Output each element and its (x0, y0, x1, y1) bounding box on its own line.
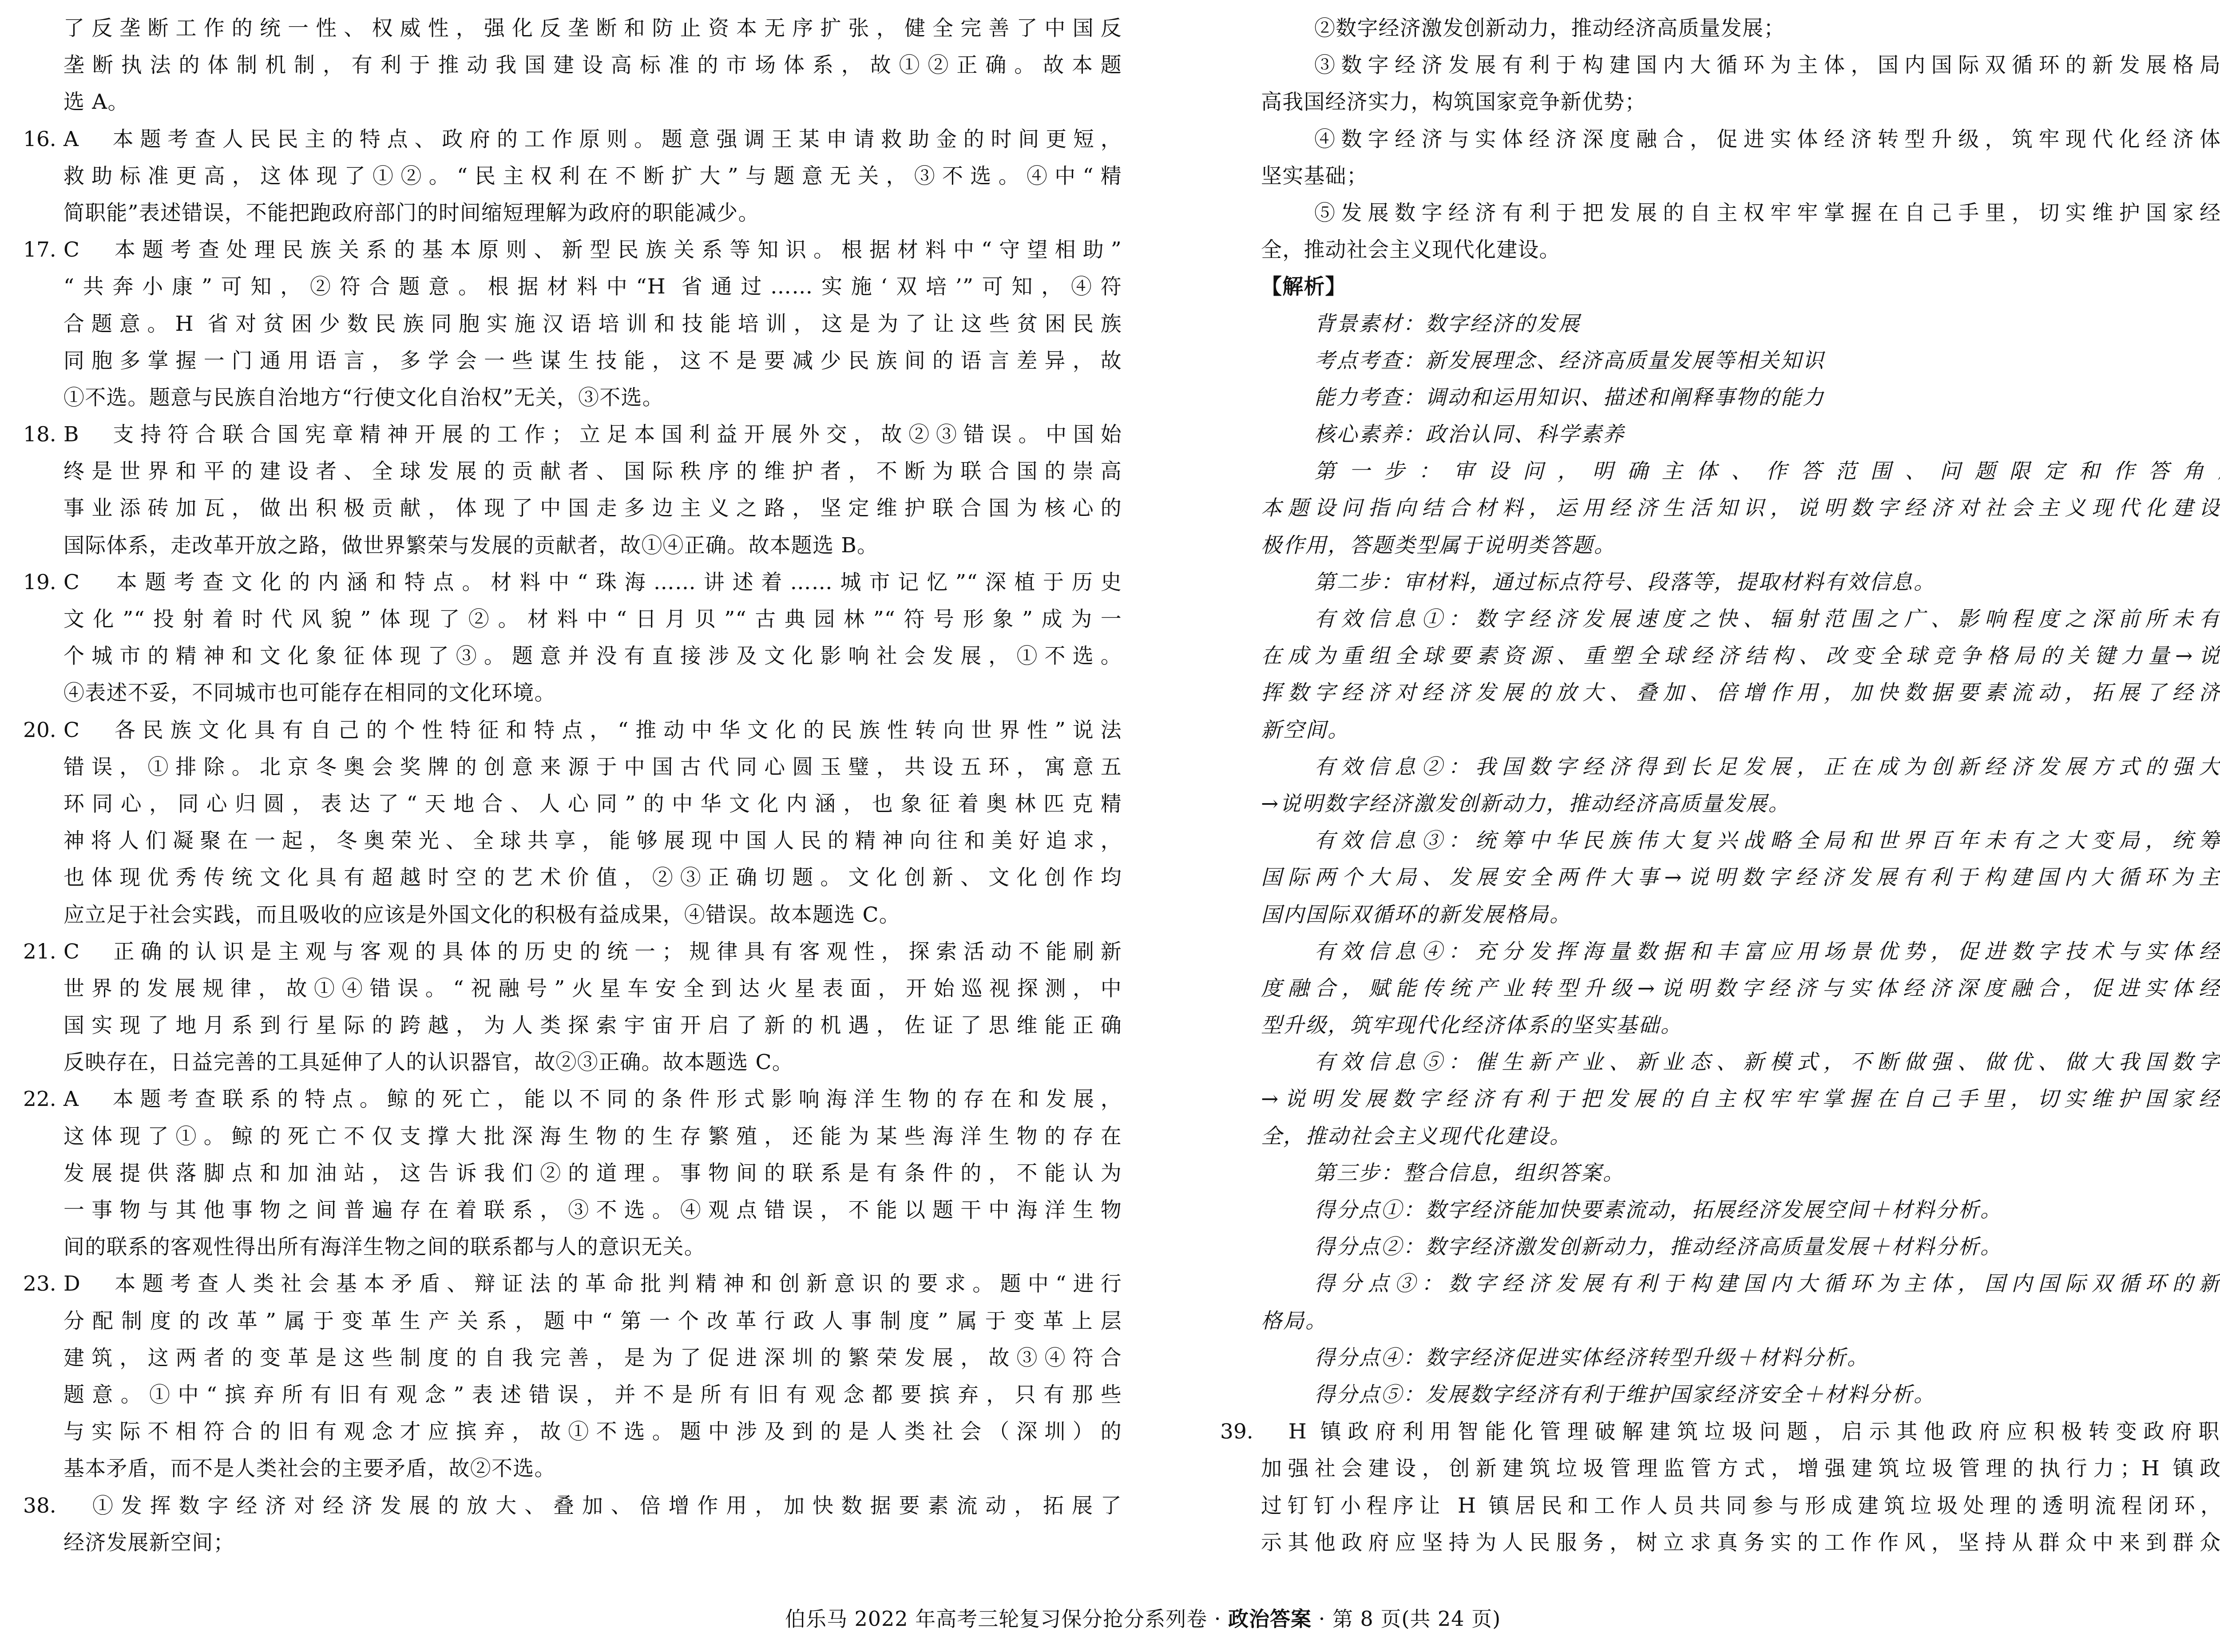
text-line: 国际两个大局、发展安全两件大事→说明数字经济发展有利于构建国内大循环为主体， (1261, 859, 2220, 896)
footer-separator: · (1319, 1607, 1326, 1631)
text-line: 国内国际双循环的新发展格局。 (1261, 896, 2220, 933)
text-line: 过钉钉小程序让 H 镇居民和工作人员共同参与形成建筑垃圾处理的透明流程闭环，这启 (1261, 1487, 2220, 1524)
page-footer: 伯乐马 2022 年高考三轮复习保分抢分系列卷 · 政治答案 · 第 8 页(共… (0, 1603, 2220, 1632)
text-line: →说明数字经济激发创新动力，推动经济高质量发展。 (1261, 785, 2220, 822)
text-line: 与实际不相符合的旧有观念才应摈弃，故①不选。题中涉及到的是人类社会（深圳）的 (63, 1413, 1122, 1450)
text-line: 反映存在，日益完善的工具延伸了人的认识器官，故②③正确。故本题选 C。 (63, 1044, 1122, 1081)
analysis-section: 背景素材：数字经济的发展考点考查：新发展理念、经济高质量发展等相关知识能力考查：… (1261, 305, 2220, 1414)
text-line: ④表述不妥，不同城市也可能存在相同的文化环境。 (63, 674, 1122, 711)
text-line: 错误，①排除。北京冬奥会奖牌的创意来源于中国古代同心圆玉璧，共设五环，寓意五 (63, 749, 1122, 785)
item-number: 39. (1220, 1413, 1253, 1450)
answer-item: 19.C 本题考查文化的内涵和特点。材料中“珠海……讲述着……城市记忆”“深植于… (23, 564, 1122, 712)
text-line: ②数字经济激发创新动力，推动经济高质量发展； (1261, 10, 2220, 47)
text-line: 垄断执法的体制机制，有利于推动我国建设高标准的市场体系，故①②正确。故本题 (63, 47, 1122, 83)
footer-page-number: 第 8 页(共 24 页) (1332, 1607, 1501, 1631)
answer-item: 16.A 本题考查人民民主的特点、政府的工作原则。题意强调王某申请救助金的时间更… (23, 121, 1122, 232)
continuation-paragraph: 了反垄断工作的统一性、权威性，强化反垄断和防止资本无序扩张，健全完善了中国反 垄… (63, 10, 1122, 121)
text-line: 示其他政府应坚持为人民服务，树立求真务实的工作作风，坚持从群众中来到群众中去 (1261, 1524, 2220, 1561)
text-line: 核心素养：政治认同、科学素养 (1261, 416, 2220, 453)
text-line: ③数字经济发展有利于构建国内大循环为主体，国内国际双循环的新发展格局，提 (1261, 47, 2220, 83)
text-line: 一事物与其他事物之间普遍存在着联系，③不选。④观点错误，不能以题干中海洋生物 (63, 1192, 1122, 1228)
text-line: 有效信息⑤：催生新产业、新业态、新模式，不断做强、做优、做大我国数字经济 (1261, 1044, 2220, 1081)
item-number: 38. (23, 1487, 56, 1524)
text-line: 有效信息④：充分发挥海量数据和丰富应用场景优势，促进数字技术与实体经济深 (1261, 933, 2220, 970)
text-line: 救助标准更高，这体现了①②。“民主权利在不断扩大”与题意无关，③不选。④中“精 (63, 158, 1122, 194)
text-line: 型升级，筑牢现代化经济体系的坚实基础。 (1261, 1007, 2220, 1044)
text-line: 高我国经济实力，构筑国家竞争新优势； (1261, 83, 2220, 120)
text-line: 得分点③：数字经济发展有利于构建国内大循环为主体，国内国际双循环的新发展 (1261, 1265, 2220, 1302)
item-number: 16. (23, 121, 56, 158)
text-line: 个城市的精神和文化象征体现了③。题意并没有直接涉及文化影响社会发展，①不选。 (63, 638, 1122, 674)
text-line: 发展提供落脚点和加油站，这告诉我们②的道理。事物间的联系是有条件的，不能认为 (63, 1155, 1122, 1192)
answer-item: 23.D 本题考查人类社会基本矛盾、辩证法的革命批判精神和创新意识的要求。题中“… (23, 1265, 1122, 1487)
text-line: D 本题考查人类社会基本矛盾、辩证法的革命批判精神和创新意识的要求。题中“进行 (63, 1265, 1122, 1302)
text-line: 新空间。 (1261, 712, 2220, 749)
text-line: 第三步：整合信息，组织答案。 (1261, 1155, 2220, 1192)
answer-item: 21.C 正确的认识是主观与客观的具体的历史的统一；规律具有客观性，探索活动不能… (23, 933, 1122, 1081)
text-line: 挥数字经济对经济发展的放大、叠加、倍增作用，加快数据要素流动，拓展了经济发展 (1261, 674, 2220, 711)
text-line: 同胞多掌握一门通用语言，多学会一些谋生技能，这不是要减少民族间的语言差异，故 (63, 342, 1122, 379)
footer-series: 伯乐马 2022 年高考三轮复习保分抢分系列卷 (785, 1607, 1207, 1631)
text-line: C 本题考查文化的内涵和特点。材料中“珠海……讲述着……城市记忆”“深植于历史 (63, 564, 1122, 601)
text-line: 极作用，答题类型属于说明类答题。 (1261, 527, 2220, 564)
text-line: 简职能”表述错误，不能把跑政府部门的时间缩短理解为政府的职能减少。 (63, 194, 1122, 231)
answer-item: 18.B 支持符合联合国宪章精神开展的工作；立足本国利益开展外交，故②③错误。中… (23, 416, 1122, 564)
text-line: 也体现优秀传统文化具有超越时空的艺术价值，②③正确切题。文化创新、文化创作均 (63, 859, 1122, 896)
answer-item-39: 39. H 镇政府利用智能化管理破解建筑垃圾问题，启示其他政府应积极转变政府职能… (1220, 1413, 2220, 1561)
text-line: 应立足于社会实践，而且吸收的应该是外国文化的积极有益成果，④错误。故本题选 C。 (63, 896, 1122, 933)
text-line: 得分点②：数字经济激发创新动力，推动经济高质量发展＋材料分析。 (1261, 1228, 2220, 1265)
text-line: B 支持符合联合国宪章精神开展的工作；立足本国利益开展外交，故②③错误。中国始 (63, 416, 1122, 453)
text-line: 有效信息①：数字经济发展速度之快、辐射范围之广、影响程度之深前所未有，正 (1261, 601, 2220, 638)
text-line: →说明发展数字经济有利于把发展的自主权牢牢掌握在自己手里，切实维护国家经济安 (1261, 1081, 2220, 1117)
text-line: H 镇政府利用智能化管理破解建筑垃圾问题，启示其他政府应积极转变政府职能， (1261, 1413, 2220, 1450)
text-line: C 各民族文化具有自己的个性特征和特点，“推动中华文化的民族性转向世界性”说法 (63, 712, 1122, 749)
item-number: 22. (23, 1081, 56, 1117)
text-line: 建筑，这两者的变革是这些制度的自我完善，是为了促进深圳的繁荣发展，故③④符合 (63, 1339, 1122, 1376)
text-line: 能力考查：调动和运用知识、描述和阐释事物的能力 (1261, 379, 2220, 416)
item-number: 17. (23, 231, 56, 268)
text-line: A 本题考查联系的特点。鲸的死亡，能以不同的条件形式影响海洋生物的存在和发展， (63, 1081, 1122, 1117)
text-line: 得分点④：数字经济促进实体经济转型升级＋材料分析。 (1261, 1339, 2220, 1376)
text-line: ⑤发展数字经济有利于把发展的自主权牢牢掌握在自己手里，切实维护国家经济安 (1261, 194, 2220, 231)
text-line: 环同心，同心归圆，表达了“天地合、人心同”的中华文化内涵，也象征着奥林匹克精 (63, 785, 1122, 822)
answer-38-points: ②数字经济激发创新动力，推动经济高质量发展；③数字经济发展有利于构建国内大循环为… (1261, 10, 2220, 268)
answer-item: 20.C 各民族文化具有自己的个性特征和特点，“推动中华文化的民族性转向世界性”… (23, 712, 1122, 933)
text-line: 考点考查：新发展理念、经济高质量发展等相关知识 (1261, 342, 2220, 379)
text-line: 文化”“投射着时代风貌”体现了②。材料中“日月贝”“古典园林”“符号形象”成为一 (63, 601, 1122, 638)
text-line: 经济发展新空间； (63, 1524, 1122, 1561)
item-number: 21. (23, 933, 56, 970)
answer-item: 22.A 本题考查联系的特点。鲸的死亡，能以不同的条件形式影响海洋生物的存在和发… (23, 1081, 1122, 1265)
text-line: 第一步：审设问，明确主体、作答范围、问题限定和作答角度。 (1261, 453, 2220, 490)
text-line: 在成为重组全球要素资源、重塑全球经济结构、改变全球竞争格局的关键力量→说明发 (1261, 638, 2220, 674)
answer-items: 16.A 本题考查人民民主的特点、政府的工作原则。题意强调王某申请救助金的时间更… (23, 121, 1122, 1561)
text-line: 全，推动社会主义现代化建设。 (1261, 1118, 2220, 1155)
text-line: 有效信息②：我国数字经济得到长足发展，正在成为创新经济发展方式的强大动能 (1261, 749, 2220, 785)
text-line: C 本题考查处理民族关系的基本原则、新型民族关系等知识。根据材料中“守望相助” (63, 231, 1122, 268)
text-line: 间的联系的客观性得出所有海洋生物之间的联系都与人的意识无关。 (63, 1228, 1122, 1265)
text-line: “共奔小康”可知，②符合题意。根据材料中“H 省通过……实施‘双培’”可知，④符 (63, 268, 1122, 305)
text-line: 这体现了①。鲸的死亡不仅支撑大批深海生物的生存繁殖，还能为某些海洋生物的存在 (63, 1118, 1122, 1155)
text-line: ④数字经济与实体经济深度融合，促进实体经济转型升级，筑牢现代化经济体系的 (1261, 121, 2220, 158)
text-line: 了反垄断工作的统一性、权威性，强化反垄断和防止资本无序扩张，健全完善了中国反 (63, 10, 1122, 47)
text-line: 终是世界和平的建设者、全球发展的贡献者、国际秩序的维护者，不断为联合国的崇高 (63, 453, 1122, 490)
text-line: C 正确的认识是主观与客观的具体的历史的统一；规律具有客观性，探索活动不能刷新 (63, 933, 1122, 970)
text-line: 基本矛盾，而不是人类社会的主要矛盾，故②不选。 (63, 1450, 1122, 1487)
item-number: 23. (23, 1265, 56, 1302)
text-line: 得分点⑤：发展数字经济有利于维护国家经济安全＋材料分析。 (1261, 1376, 2220, 1413)
text-line: 格局。 (1261, 1303, 2220, 1339)
answer-item: 38. ①发挥数字经济对经济发展的放大、叠加、倍增作用，加快数据要素流动，拓展了… (23, 1487, 1122, 1561)
text-line: 加强社会建设，创新建筑垃圾管理监管方式，增强建筑垃圾管理的执行力；H 镇政府通 (1261, 1450, 2220, 1487)
right-column: ②数字经济激发创新动力，推动经济高质量发展；③数字经济发展有利于构建国内大循环为… (1220, 10, 2220, 1561)
item-number: 19. (23, 564, 56, 601)
text-line: 第二步：审材料，通过标点符号、段落等，提取材料有效信息。 (1261, 564, 2220, 601)
text-line: 国际体系，走改革开放之路，做世界繁荣与发展的贡献者，故①④正确。故本题选 B。 (63, 527, 1122, 564)
answer-item: 17.C 本题考查处理民族关系的基本原则、新型民族关系等知识。根据材料中“守望相… (23, 231, 1122, 416)
text-line: 全，推动社会主义现代化建设。 (1261, 231, 2220, 268)
analysis-header: 【解析】 (1261, 268, 2220, 305)
text-line: 坚实基础； (1261, 158, 2220, 194)
text-line: 得分点①：数字经济能加快要素流动，拓展经济发展空间＋材料分析。 (1261, 1192, 2220, 1228)
text-line: 世界的发展规律，故①④错误。“祝融号”火星车安全到达火星表面，开始巡视探测，中 (63, 970, 1122, 1007)
text-line: 选 A。 (63, 83, 1122, 120)
text-line: 事业添砖加瓦，做出积极贡献，体现了中国走多边主义之路，坚定维护联合国为核心的 (63, 490, 1122, 527)
text-line: 分配制度的改革”属于变革生产关系，题中“第一个改革行政人事制度”属于变革上层 (63, 1303, 1122, 1339)
text-line: 题意。①中“摈弃所有旧有观念”表述错误，并不是所有旧有观念都要摈弃，只有那些 (63, 1376, 1122, 1413)
text-line: A 本题考查人民民主的特点、政府的工作原则。题意强调王某申请救助金的时间更短， (63, 121, 1122, 158)
text-line: 背景素材：数字经济的发展 (1261, 305, 2220, 342)
text-line: ①发挥数字经济对经济发展的放大、叠加、倍增作用，加快数据要素流动，拓展了 (63, 1487, 1122, 1524)
text-line: 国实现了地月系到行星际的跨越，为人类探索宇宙开启了新的机遇，佐证了思维能正确 (63, 1007, 1122, 1044)
footer-subject: 政治答案 (1228, 1607, 1312, 1631)
item-number: 20. (23, 712, 56, 749)
text-line: 度融合，赋能传统产业转型升级→说明数字经济与实体经济深度融合，促进实体经济转 (1261, 970, 2220, 1007)
text-line: 本题设问指向结合材料，运用经济生活知识，说明数字经济对社会主义现代化建设的积 (1261, 490, 2220, 527)
footer-separator: · (1214, 1607, 1221, 1631)
text-line: 合题意。H 省对贫困少数民族同胞实施汉语培训和技能培训，这是为了让这些贫困民族 (63, 305, 1122, 342)
item-number: 18. (23, 416, 56, 453)
text-line: 神将人们凝聚在一起，冬奥荣光、全球共享，能够展现中国人民的精神向往和美好追求， (63, 822, 1122, 859)
text-line: ①不选。题意与民族自治地方“行使文化自治权”无关，③不选。 (63, 379, 1122, 416)
text-line: 有效信息③：统筹中华民族伟大复兴战略全局和世界百年未有之大变局，统筹国内 (1261, 822, 2220, 859)
left-column: 了反垄断工作的统一性、权威性，强化反垄断和防止资本无序扩张，健全完善了中国反 垄… (23, 10, 1122, 1561)
